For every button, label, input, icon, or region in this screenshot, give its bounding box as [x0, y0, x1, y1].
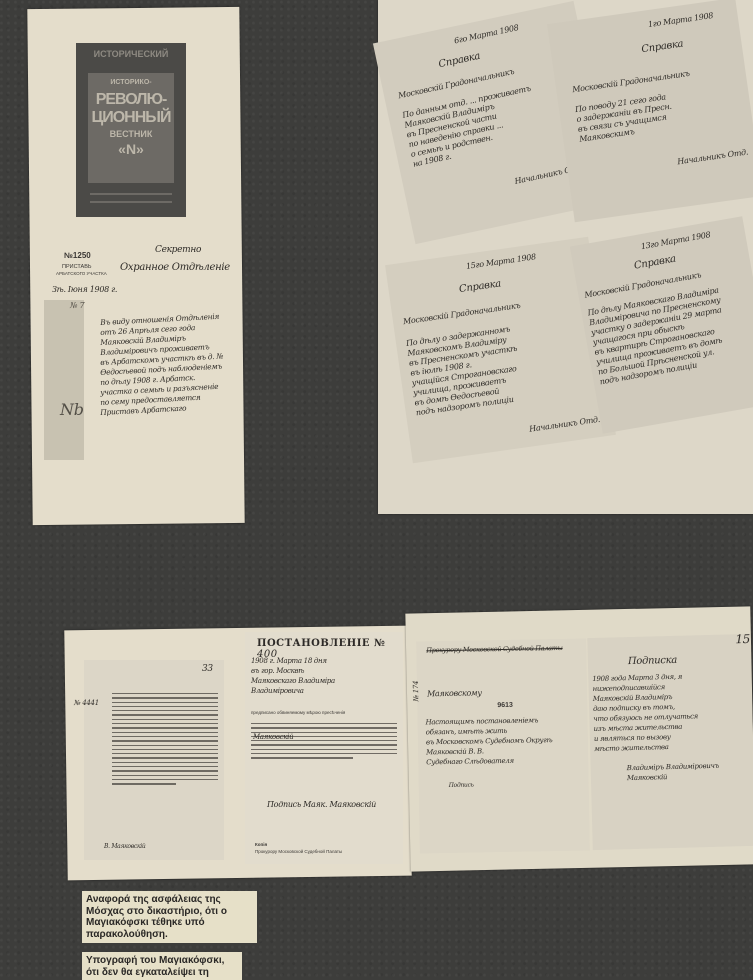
addressee: Охранное Отдѣленіе: [120, 263, 230, 273]
journal-cover-title-line1: РЕВОЛЮ-: [76, 91, 186, 109]
sheet-title: Справка: [459, 279, 502, 295]
journal-cover-image: ИСТОРИЧЕСКИЙ ИСТОРИКО- РЕВОЛЮ- ЦИОННЫЙ В…: [76, 43, 186, 217]
resolution-doc: ПОСТАНОВЛЕНІЕ № 400 1908 г. Марта 18 дня…: [245, 632, 403, 864]
caption-surveillance-report: Αναφορά της ασφάλειας της Μόσχας στο δικ…: [82, 891, 257, 943]
sheet-title: Справка: [633, 255, 676, 272]
resolution-signature: Подпись Маяк. Маяковскій: [267, 800, 376, 810]
notice-line: Судебнаго Слѣдователя: [426, 755, 584, 768]
doc-margin-number: № 4441: [74, 698, 99, 708]
notice-lines: Настоящимъ постановленіемъ обязанъ, имѣт…: [425, 715, 584, 768]
handwritten-body: Въ виду отношенія Отдѣленія отъ 26 Апрѣл…: [100, 318, 225, 418]
cover-rule: [90, 201, 172, 203]
sheet-title: Справка: [641, 39, 684, 55]
doc-corner-number: 33: [202, 664, 213, 674]
notice-margin-number: № 174: [411, 681, 421, 702]
sheet-date: 15го Марта 1908: [465, 252, 536, 272]
resolution-heading-text: ПОСТАНОВЛЕНІЕ №: [257, 638, 385, 649]
cover-rule: [90, 193, 172, 195]
sheet-signature: Начальникъ Отд.: [529, 415, 601, 435]
police-report-sheet-4: 13го Марта 1908 Справка Московскій Градо…: [570, 216, 753, 434]
resolution-accused: Маяковскій: [253, 732, 293, 742]
sheet-addressee: Московскій Градоначальникъ: [402, 301, 521, 327]
resolution-footer-note: Прокурору Московской Судебной Палаты: [255, 849, 342, 855]
sheet-title: Справка: [438, 52, 481, 71]
stamp-office-detail: АРБАТСКОГО УЧАСТКА: [56, 271, 107, 277]
prosecutor-notice-doc: Прокурору Московской Судебной Палаты Мая…: [416, 639, 590, 854]
doc-footer: В. Маяковскій: [104, 842, 145, 852]
resolution-line: въ гор. Москвѣ: [251, 666, 399, 676]
resolution-line: Владиміровича: [251, 686, 399, 696]
left-margin-shadow: [44, 300, 84, 460]
sheet-text: По дѣлу о задержанномъ Маяковскомъ Влади…: [406, 313, 600, 418]
pledge-corner-number: 15: [735, 634, 750, 644]
resolution-hand-lines: 1908 г. Марта 18 дня въ гор. Москвѣ Маяк…: [251, 656, 399, 696]
sheet-date: 13го Марта 1908: [640, 230, 711, 252]
header-note: Секретно: [155, 245, 201, 255]
signed-pledge-doc: 15 Подписка 1908 года Марта 3 дня, я ниж…: [587, 634, 753, 850]
notice-number: 9613: [497, 703, 513, 709]
sheet-date: 1го Марта 1908: [647, 11, 713, 30]
resolution-printed-intro: предписано обвиняемому мѣрою пресѣченія: [251, 710, 345, 716]
pledge-title: Подписка: [628, 656, 677, 667]
journal-cover-subtitle: ИСТОРИКО-: [76, 79, 186, 86]
pledge-signature: Владиміръ Владиміровичъ Маяковскій: [627, 760, 737, 783]
caption-signature-pledge: Υπογραφή του Μαγιακόφσκι, ότι δεν θα εγκ…: [82, 952, 242, 980]
resolution-line: Маяковскаго Владиміра: [251, 676, 399, 686]
journal-cover-title-line3: ВЕСТНИК: [76, 129, 186, 139]
journal-cover-title-line2: ЦИОННЫЙ: [76, 109, 186, 127]
journal-cover-top-title: ИСТОРИЧЕСКИЙ: [76, 49, 186, 59]
notice-signature: Подпись: [449, 781, 474, 791]
notice-addressee: Маяковскому: [427, 688, 482, 699]
sheet-date: 6го Марта 1908: [453, 23, 519, 46]
resolution-line: 1908 г. Марта 18 дня: [251, 656, 399, 666]
pledge-lines: 1908 года Марта 3 дня, я нижеподписавшій…: [592, 670, 753, 754]
typed-report-doc: 33 № 4441 В. Маяковскій: [84, 660, 224, 860]
stamp-number: №1250: [64, 253, 91, 259]
stamp-office: ПРИСТАВЬ: [62, 264, 92, 270]
resolution-footer-label: Копія: [255, 842, 267, 848]
stamp-date: Зѣ. Іюня 1908 г.: [52, 285, 117, 295]
police-report-sheet-2: 1го Марта 1908 Справка Московскій Градон…: [547, 0, 753, 222]
notice-header: Прокурору Московской Судебной Палаты: [426, 643, 562, 655]
sheet-text: По поводу 21 сего года о задержаніи въ П…: [575, 83, 739, 145]
journal-cover-issue: «N»: [76, 141, 186, 157]
sheet-signature: Начальникъ Отд.: [677, 148, 749, 168]
typed-lines: [112, 690, 218, 788]
journal-cover-band: [88, 73, 174, 183]
